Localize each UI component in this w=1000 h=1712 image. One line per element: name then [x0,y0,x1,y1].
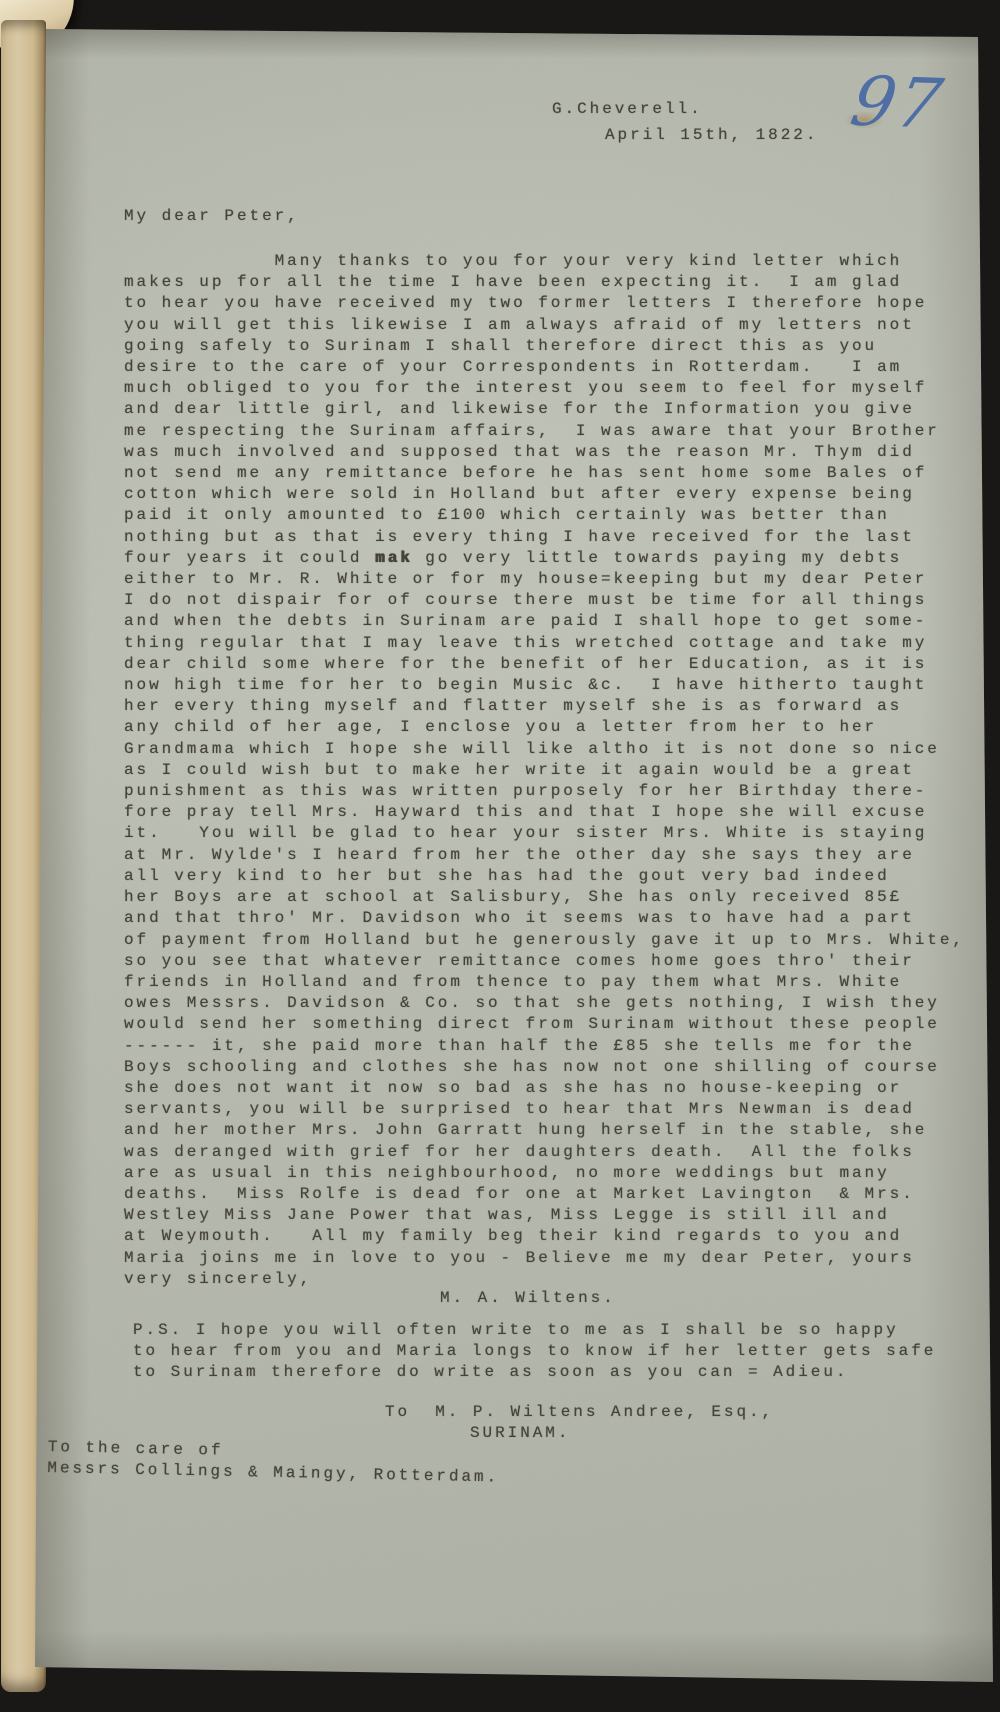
address-recipient: To M. P. Wiltens Andree, Esq., [385,1402,774,1423]
address-country: SURINAM. [470,1423,570,1444]
letter-page: G.Cheverell. April 15th, 1822. 97 My dea… [0,0,1000,1712]
postscript: P.S. I hope you will often write to me a… [133,1320,936,1384]
signature: M. A. Wiltens. [440,1288,616,1309]
letter-date: April 15th, 1822. [605,125,818,146]
body-text-before: Many thanks to you for your very kind le… [124,252,940,567]
body-text-after: go very little towards paying my debts e… [124,549,965,1288]
page-top-shadow [40,29,985,59]
page-bottom-shadow [35,1630,995,1685]
handwritten-page-number: 97 [846,68,949,139]
overstruck-word: mak [375,549,413,567]
salutation: My dear Peter, [124,206,300,227]
letter-place: G.Cheverell. [552,99,703,120]
letter-body: Many thanks to you for your very kind le… [124,251,965,1290]
scanned-letter-photograph: G.Cheverell. April 15th, 1822. 97 My dea… [0,0,1000,1712]
